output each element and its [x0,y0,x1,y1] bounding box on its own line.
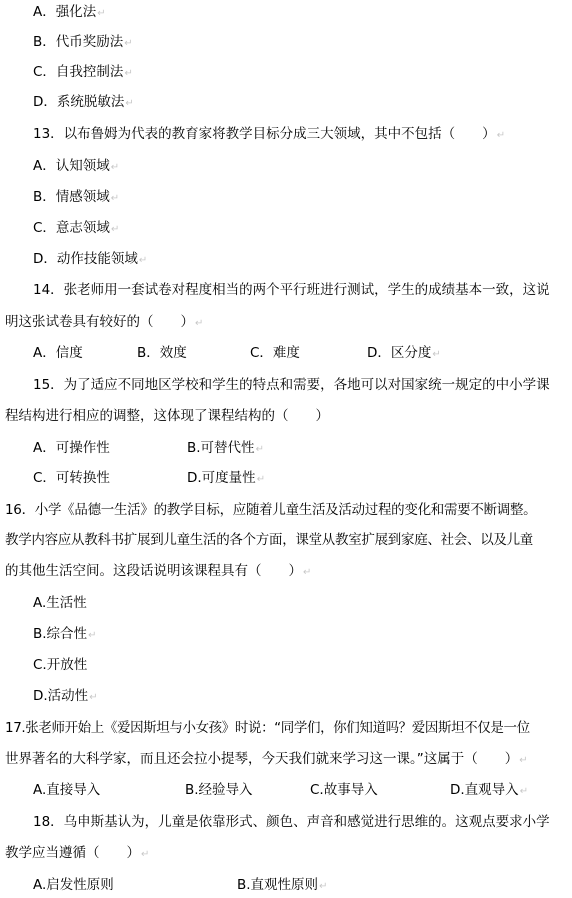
q16-stem-line3: 的其他生活空间。这段话说明该课程具有（ ）↵ [5,562,311,580]
q15-option-b: B.可替代性↵ [187,439,264,459]
option-text: B．代币奖励法 [33,34,123,50]
question-text: 13．以布鲁姆为代表的教育家将教学目标分成三大领域，其中不包括（ ） [33,126,496,142]
paragraph-mark-icon: ↵ [111,193,119,204]
q12-option-a: A．强化法↵ [33,3,106,21]
question-text: 14．张老师用一套试卷对程度相当的两个平行班进行测试，学生的成绩基本一致，这说 [33,282,550,298]
question-text: 明这张试卷具有较好的（ ） [5,314,194,330]
paragraph-mark-icon: ↵ [88,630,96,641]
question-text: 教学内容应从教科书扩展到儿童生活的各个方面，课堂从教室扩展到家庭、社会、以及儿童 [5,532,533,548]
question-text: 18．乌申斯基认为，儿童是依靠形式、颜色、声音和感觉进行思维的。这观点要求小学 [33,814,550,830]
q17-stem-line2: 世界著名的大科学家，而且还会拉小提琴，今天我们就来学习这一课。”这属于（ ）↵ [5,750,528,768]
q13-option-d: D．动作技能领域↵ [33,250,147,268]
question-text: 17.张老师开始上《爱因斯坦与小女孩》时说：“同学们，你们知道吗？爱因斯坦不仅是… [5,720,530,736]
option-text: D.可度量性 [187,470,256,486]
paragraph-mark-icon: ↵ [195,318,203,329]
q14-stem-line2: 明这张试卷具有较好的（ ）↵ [5,313,203,331]
question-text: 世界著名的大科学家，而且还会拉小提琴，今天我们就来学习这一课。”这属于（ ） [5,751,518,767]
paragraph-mark-icon: ↵ [111,162,119,173]
option-text: D．区分度 [367,345,431,361]
q18-stem-line1: 18．乌申斯基认为，儿童是依靠形式、颜色、声音和感觉进行思维的。这观点要求小学 [33,813,550,831]
q18-stem-line2: 教学应当遵循（ ）↵ [5,844,149,862]
paragraph-mark-icon: ↵ [141,849,149,860]
option-text: B.可替代性 [187,440,255,456]
question-text: 程结构进行相应的调整，这体现了课程结构的（ ） [5,408,329,424]
option-text: D．系统脱敏法 [33,94,124,110]
q17-stem-line1: 17.张老师开始上《爱因斯坦与小女孩》时说：“同学们，你们知道吗？爱因斯坦不仅是… [5,719,530,737]
q16-stem-line1: 16．小学《品德一生活》的教学目标，应随着儿童生活及活动过程的变化和需要不断调整… [5,501,536,519]
q16-option-a: A.生活性 [33,594,87,612]
q16-option-d: D.活动性↵ [33,687,98,705]
paragraph-mark-icon: ↵ [124,38,132,49]
paragraph-mark-icon: ↵ [303,567,311,578]
q15-option-c: C．可转换性 [33,469,110,487]
option-text: B.直观性原则 [237,877,318,893]
option-text: C．自我控制法 [33,64,123,80]
option-text: C．意志领域 [33,220,110,236]
q16-stem-line2: 教学内容应从教科书扩展到儿童生活的各个方面，课堂从教室扩展到家庭、社会、以及儿童 [5,531,533,549]
q12-option-b: B．代币奖励法↵ [33,33,133,51]
option-text: A．强化法 [33,4,96,20]
q16-option-c: C.开放性 [33,656,87,674]
q12-option-c: C．自我控制法↵ [33,63,133,81]
option-text: D．动作技能领域 [33,251,138,267]
q15-stem-line2: 程结构进行相应的调整，这体现了课程结构的（ ） [5,407,329,425]
option-text: D.直观导入 [450,782,519,798]
q14-option-d: D．区分度↵ [367,344,441,364]
paragraph-mark-icon: ↵ [125,98,133,109]
option-text: D.活动性 [33,688,88,704]
paragraph-mark-icon: ↵ [111,224,119,235]
q15-option-a: A．可操作性 [33,439,110,457]
q14-option-c: C．难度 [250,344,300,362]
paragraph-mark-icon: ↵ [89,692,97,703]
paragraph-mark-icon: ↵ [497,130,505,141]
q14-option-a: A．信度 [33,344,83,362]
paragraph-mark-icon: ↵ [256,444,264,455]
q13-option-b: B．情感领域↵ [33,188,119,206]
paragraph-mark-icon: ↵ [520,786,528,797]
question-text: 15．为了适应不同地区学校和学生的特点和需要，各地可以对国家统一规定的中小学课 [33,377,550,393]
q16-option-b: B.综合性↵ [33,625,96,643]
paragraph-mark-icon: ↵ [139,255,147,266]
q12-option-d: D．系统脱敏法↵ [33,93,134,111]
option-text: B．情感领域 [33,189,110,205]
question-text: 16．小学《品德一生活》的教学目标，应随着儿童生活及活动过程的变化和需要不断调整… [5,502,536,518]
q14-option-b: B．效度 [137,344,187,362]
question-text: 教学应当遵循（ ） [5,845,140,861]
paragraph-mark-icon: ↵ [124,68,132,79]
paragraph-mark-icon: ↵ [319,881,327,892]
q17-option-c: C.故事导入 [310,781,378,799]
q17-option-b: B.经验导入 [185,781,253,799]
q18-option-b: B.直观性原则↵ [237,876,327,896]
q17-option-d: D.直观导入↵ [450,781,528,801]
q15-option-d: D.可度量性↵ [187,469,265,489]
paragraph-mark-icon: ↵ [97,8,105,19]
q13-stem: 13．以布鲁姆为代表的教育家将教学目标分成三大领域，其中不包括（ ）↵ [33,125,505,143]
paragraph-mark-icon: ↵ [432,349,440,360]
option-text: A．认知领域 [33,158,110,174]
q13-option-c: C．意志领域↵ [33,219,119,237]
q18-option-a: A.启发性原则 [33,876,114,894]
option-text: C.开放性 [33,657,87,673]
option-text: B.综合性 [33,626,87,642]
paragraph-mark-icon: ↵ [519,755,527,766]
question-text: 的其他生活空间。这段话说明该课程具有（ ） [5,563,302,579]
q14-stem-line1: 14．张老师用一套试卷对程度相当的两个平行班进行测试，学生的成绩基本一致，这说 [33,281,550,299]
q17-option-a: A.直接导入 [33,781,100,799]
paragraph-mark-icon: ↵ [257,474,265,485]
option-text: A.生活性 [33,595,87,611]
q15-stem-line1: 15．为了适应不同地区学校和学生的特点和需要，各地可以对国家统一规定的中小学课 [33,376,550,394]
q13-option-a: A．认知领域↵ [33,157,119,175]
